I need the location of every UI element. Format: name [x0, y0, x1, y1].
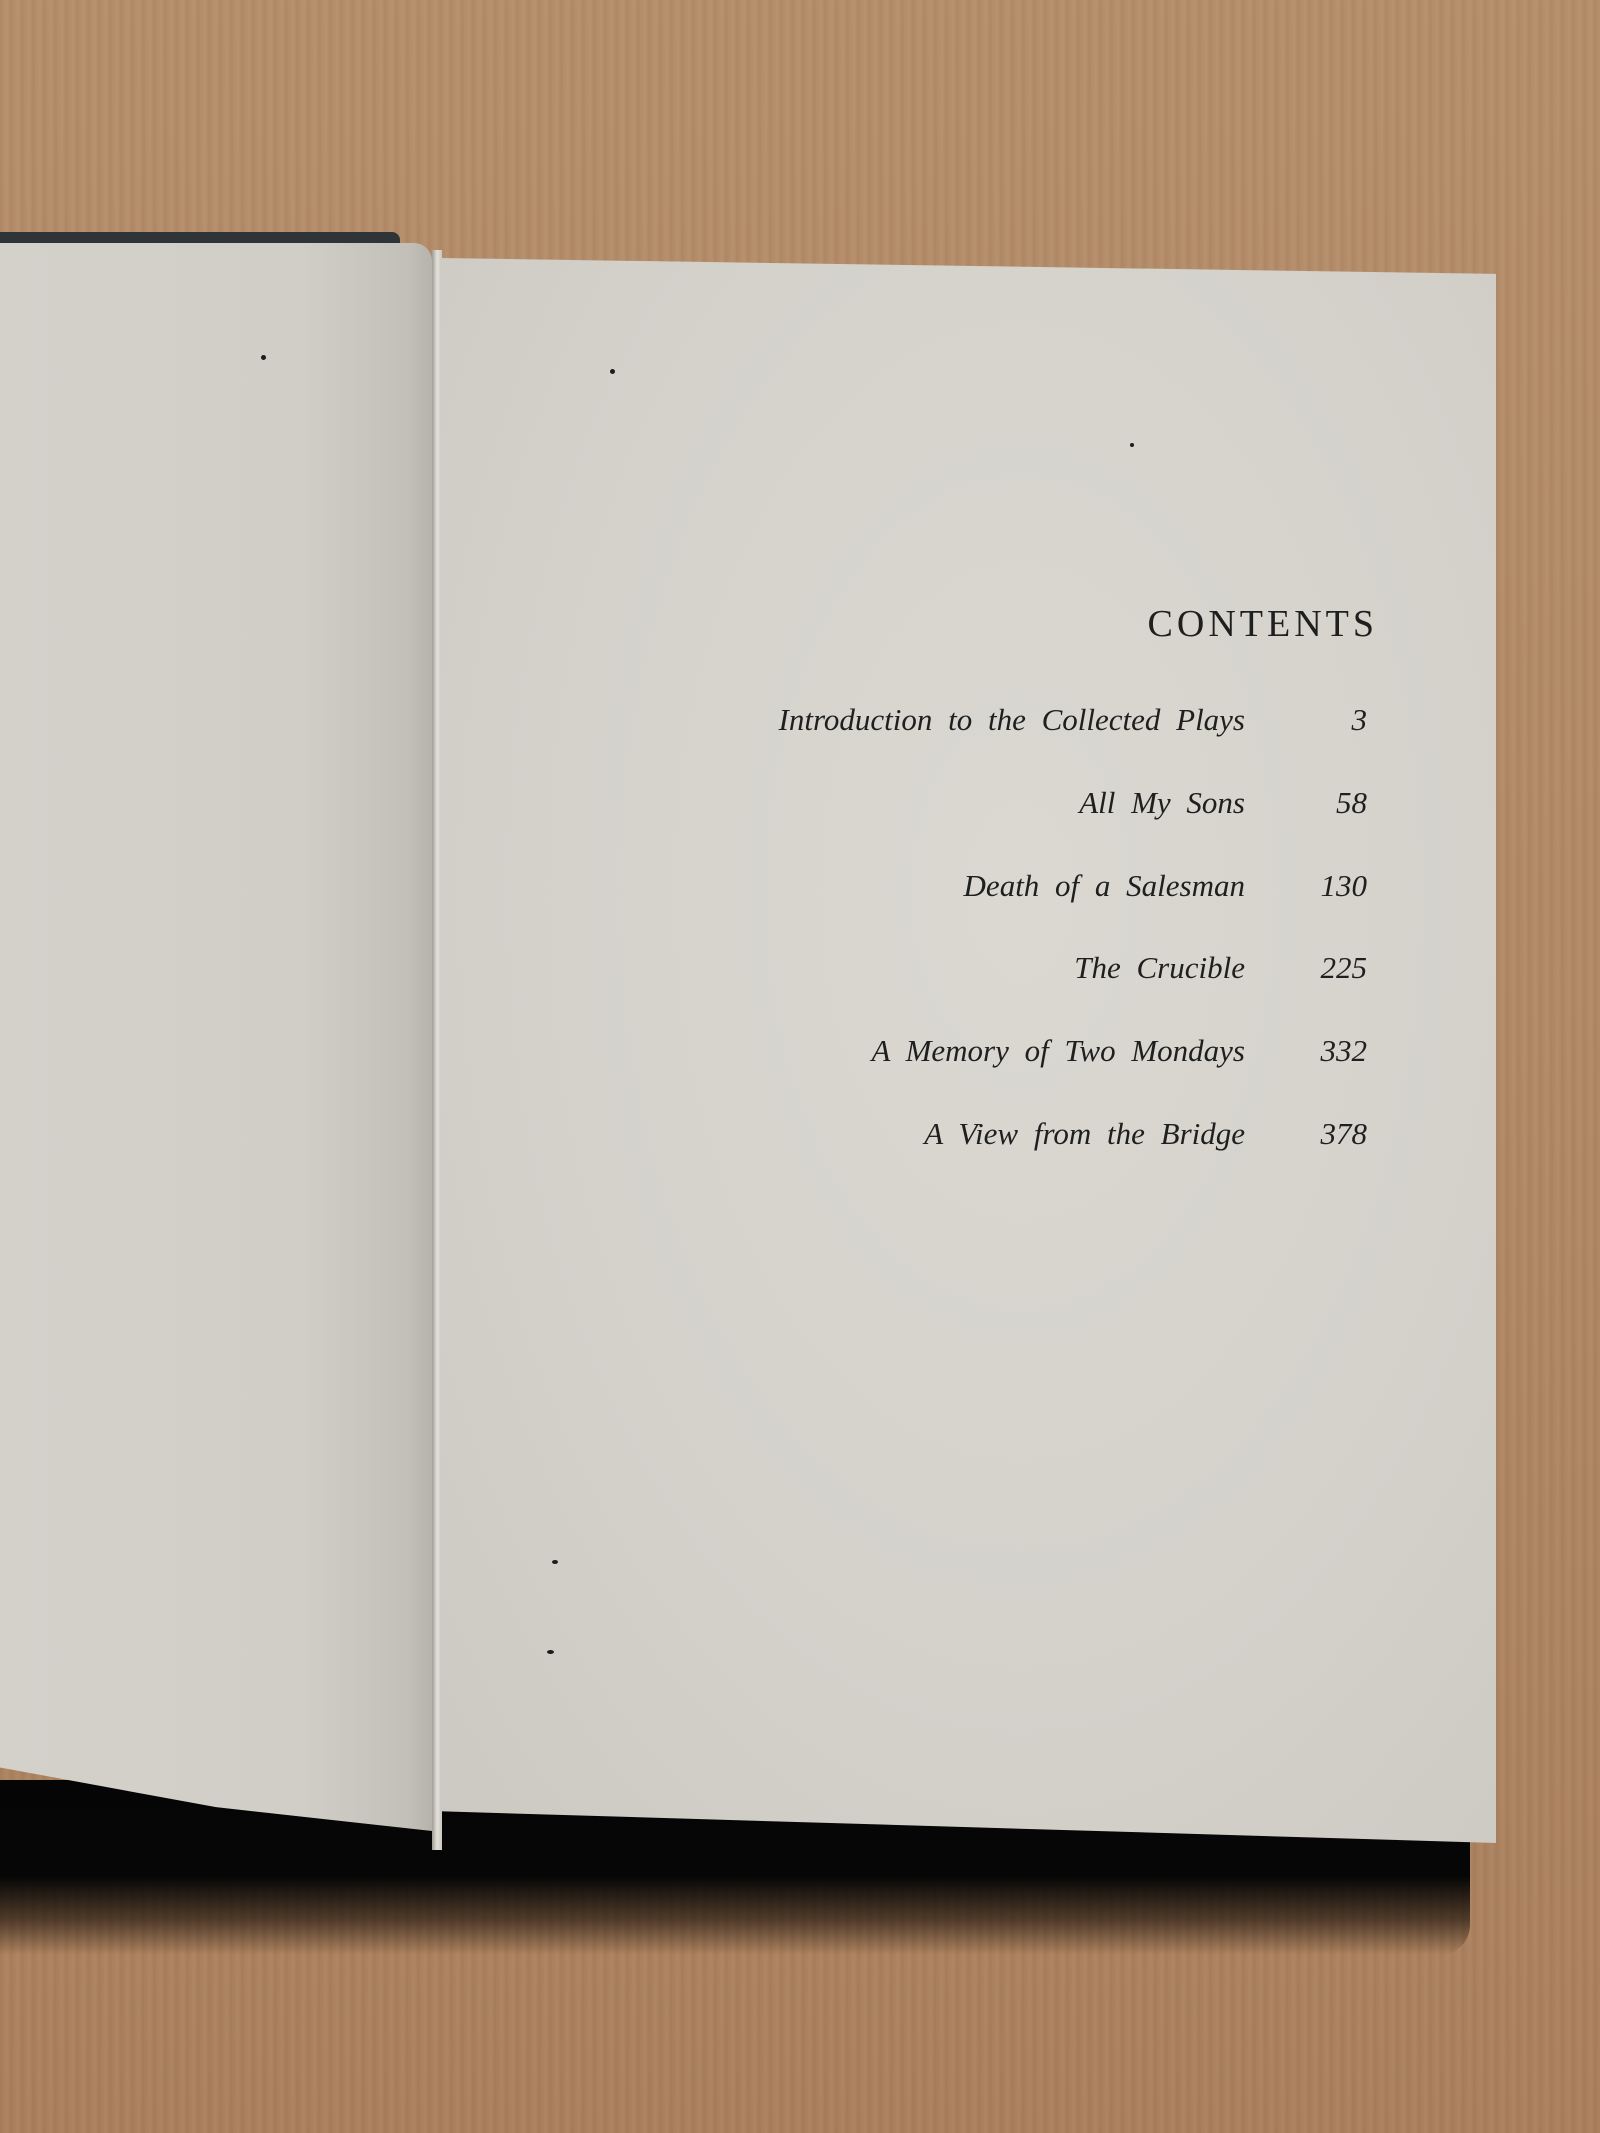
toc-entry-page: 332 — [1245, 1033, 1367, 1069]
toc-entry: A Memory of Two Mondays 332 — [467, 1033, 1367, 1077]
toc-entry-title: A Memory of Two Mondays — [871, 1033, 1245, 1069]
toc-entry-page: 225 — [1245, 950, 1367, 986]
paper-speck — [1130, 443, 1134, 447]
toc-entry-title: All My Sons — [1079, 785, 1245, 821]
toc-entry: A View from the Bridge 378 — [467, 1116, 1367, 1160]
toc-entry: Death of a Salesman 130 — [467, 868, 1367, 912]
toc-entry-title: Death of a Salesman — [964, 868, 1245, 904]
toc-entry-title: The Crucible — [1074, 950, 1245, 986]
paper-speck — [610, 369, 615, 374]
paper-speck — [547, 1650, 554, 1654]
toc-entry-title: Introduction to the Collected Plays — [779, 702, 1245, 738]
toc-heading: CONTENTS — [1148, 602, 1378, 646]
paper-speck — [552, 1560, 558, 1564]
toc-entry: Introduction to the Collected Plays 3 — [467, 702, 1367, 746]
toc-entry-page: 130 — [1245, 868, 1367, 904]
paper-speck — [261, 355, 266, 360]
toc-entry-page: 3 — [1245, 702, 1367, 738]
toc-entry-title: A View from the Bridge — [924, 1116, 1245, 1152]
toc-entry: All My Sons 58 — [467, 785, 1367, 829]
toc-entry-page: 378 — [1245, 1116, 1367, 1152]
toc-entry: The Crucible 225 — [467, 950, 1367, 994]
toc-entry-page: 58 — [1245, 785, 1367, 821]
left-page — [0, 243, 432, 1831]
